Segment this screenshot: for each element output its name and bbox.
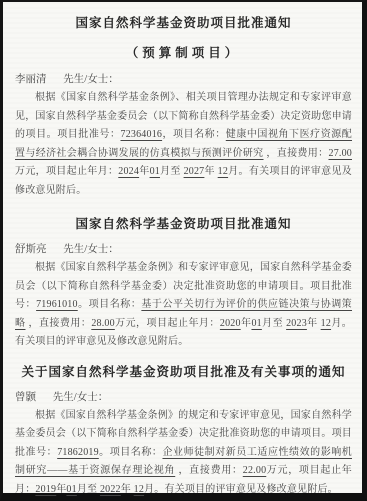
body-text: 月至 bbox=[160, 166, 184, 177]
filled-in-value: 22.00 bbox=[243, 465, 267, 476]
recipient-name: 舒斯亮 bbox=[15, 244, 47, 255]
notice-2-body: 根据《国家自然科学基金条例》和专家评审意见，国家自然科学基金委员会（以下简称自然… bbox=[15, 259, 352, 352]
salutation-suffix: 先生/女士： bbox=[63, 244, 118, 255]
filled-in-value: 12 bbox=[321, 318, 331, 329]
notice-1-body: 根据《国家自然科学基金条例》、相关项目管理办法规定和专家评审意见，国家自然科学基… bbox=[15, 89, 352, 200]
notice-1: 国家自然科学基金资助项目批准通知 （预算制项目） 李丽清先生/女士： 根据《国家… bbox=[15, 15, 352, 200]
filled-in-value: 72364016 bbox=[121, 129, 163, 140]
filled-in-value: 27.00 bbox=[329, 148, 353, 159]
body-text: 月至 bbox=[77, 484, 100, 495]
recipient-name: 曾颢 bbox=[15, 392, 36, 403]
filled-in-value: 12 bbox=[218, 166, 228, 177]
body-text: 。项目名称： bbox=[78, 299, 142, 310]
body-text: 年 bbox=[121, 484, 134, 495]
notice-3-salutation: 曾颢先生/女士： bbox=[15, 390, 352, 405]
filled-in-value: 01 bbox=[150, 166, 160, 177]
notice-3-title: 关于国家自然科学基金资助项目批准及有关事项的通知 bbox=[15, 364, 352, 381]
recipient-name: 李丽清 bbox=[15, 74, 47, 85]
notice-2: 国家自然科学基金资助项目批准通知 舒斯亮先生/女士： 根据《国家自然科学基金条例… bbox=[15, 216, 352, 352]
notice-2-salutation: 舒斯亮先生/女士： bbox=[15, 242, 352, 257]
notice-1-salutation: 李丽清先生/女士： bbox=[15, 72, 352, 87]
body-text: 年 bbox=[241, 318, 252, 329]
notice-3-body: 根据《国家自然科学基金条例》的规定和专家评审意见，国家自然科学基金委员会（以下简… bbox=[15, 407, 352, 500]
body-text: 年 bbox=[307, 318, 321, 329]
filled-in-value: 71961010 bbox=[36, 299, 78, 310]
salutation-suffix: 先生/女士： bbox=[53, 392, 108, 403]
body-text: ，项目名称： bbox=[162, 129, 226, 140]
body-text: 年 bbox=[56, 484, 66, 495]
filled-in-value: 2020 bbox=[220, 318, 241, 329]
filled-in-value: 2027 bbox=[184, 166, 205, 177]
filled-in-value: 2019 bbox=[35, 484, 56, 495]
body-text: 月。有关项目的评审意见及修改意见附后。 bbox=[144, 484, 338, 495]
filled-in-value: 2023 bbox=[286, 318, 307, 329]
filled-in-value: 01 bbox=[66, 484, 76, 495]
body-text: 。项目名称： bbox=[99, 447, 163, 458]
notice-1-title: 国家自然科学基金资助项目批准通知 bbox=[15, 15, 352, 32]
body-text: 月至 bbox=[262, 318, 286, 329]
body-text: 年 bbox=[204, 166, 217, 177]
body-text: ，直接费用： bbox=[264, 148, 329, 159]
filled-in-value: 71862019 bbox=[57, 447, 99, 458]
body-text: 万元，项目起止年月： bbox=[115, 318, 220, 329]
filled-in-value: 12 bbox=[134, 484, 144, 495]
notice-3: 关于国家自然科学基金资助项目批准及有关事项的通知 曾颢先生/女士： 根据《国家自… bbox=[15, 364, 352, 500]
body-text: 万元，项目起止年月： bbox=[15, 166, 118, 177]
filled-in-value: 2024 bbox=[118, 166, 139, 177]
scanned-approval-document: 国家自然科学基金资助项目批准通知 （预算制项目） 李丽清先生/女士： 根据《国家… bbox=[0, 0, 367, 501]
notice-1-subtitle: （预算制项目） bbox=[15, 45, 352, 62]
notice-2-title: 国家自然科学基金资助项目批准通知 bbox=[15, 216, 352, 233]
body-text: 年 bbox=[139, 166, 149, 177]
body-text: ，直接费用： bbox=[175, 465, 243, 476]
filled-in-value: 01 bbox=[251, 318, 261, 329]
body-text: ，直接费用： bbox=[25, 318, 91, 329]
filled-in-value: 28.00 bbox=[91, 318, 115, 329]
salutation-suffix: 先生/女士： bbox=[63, 74, 118, 85]
filled-in-value: 2022 bbox=[100, 484, 121, 495]
